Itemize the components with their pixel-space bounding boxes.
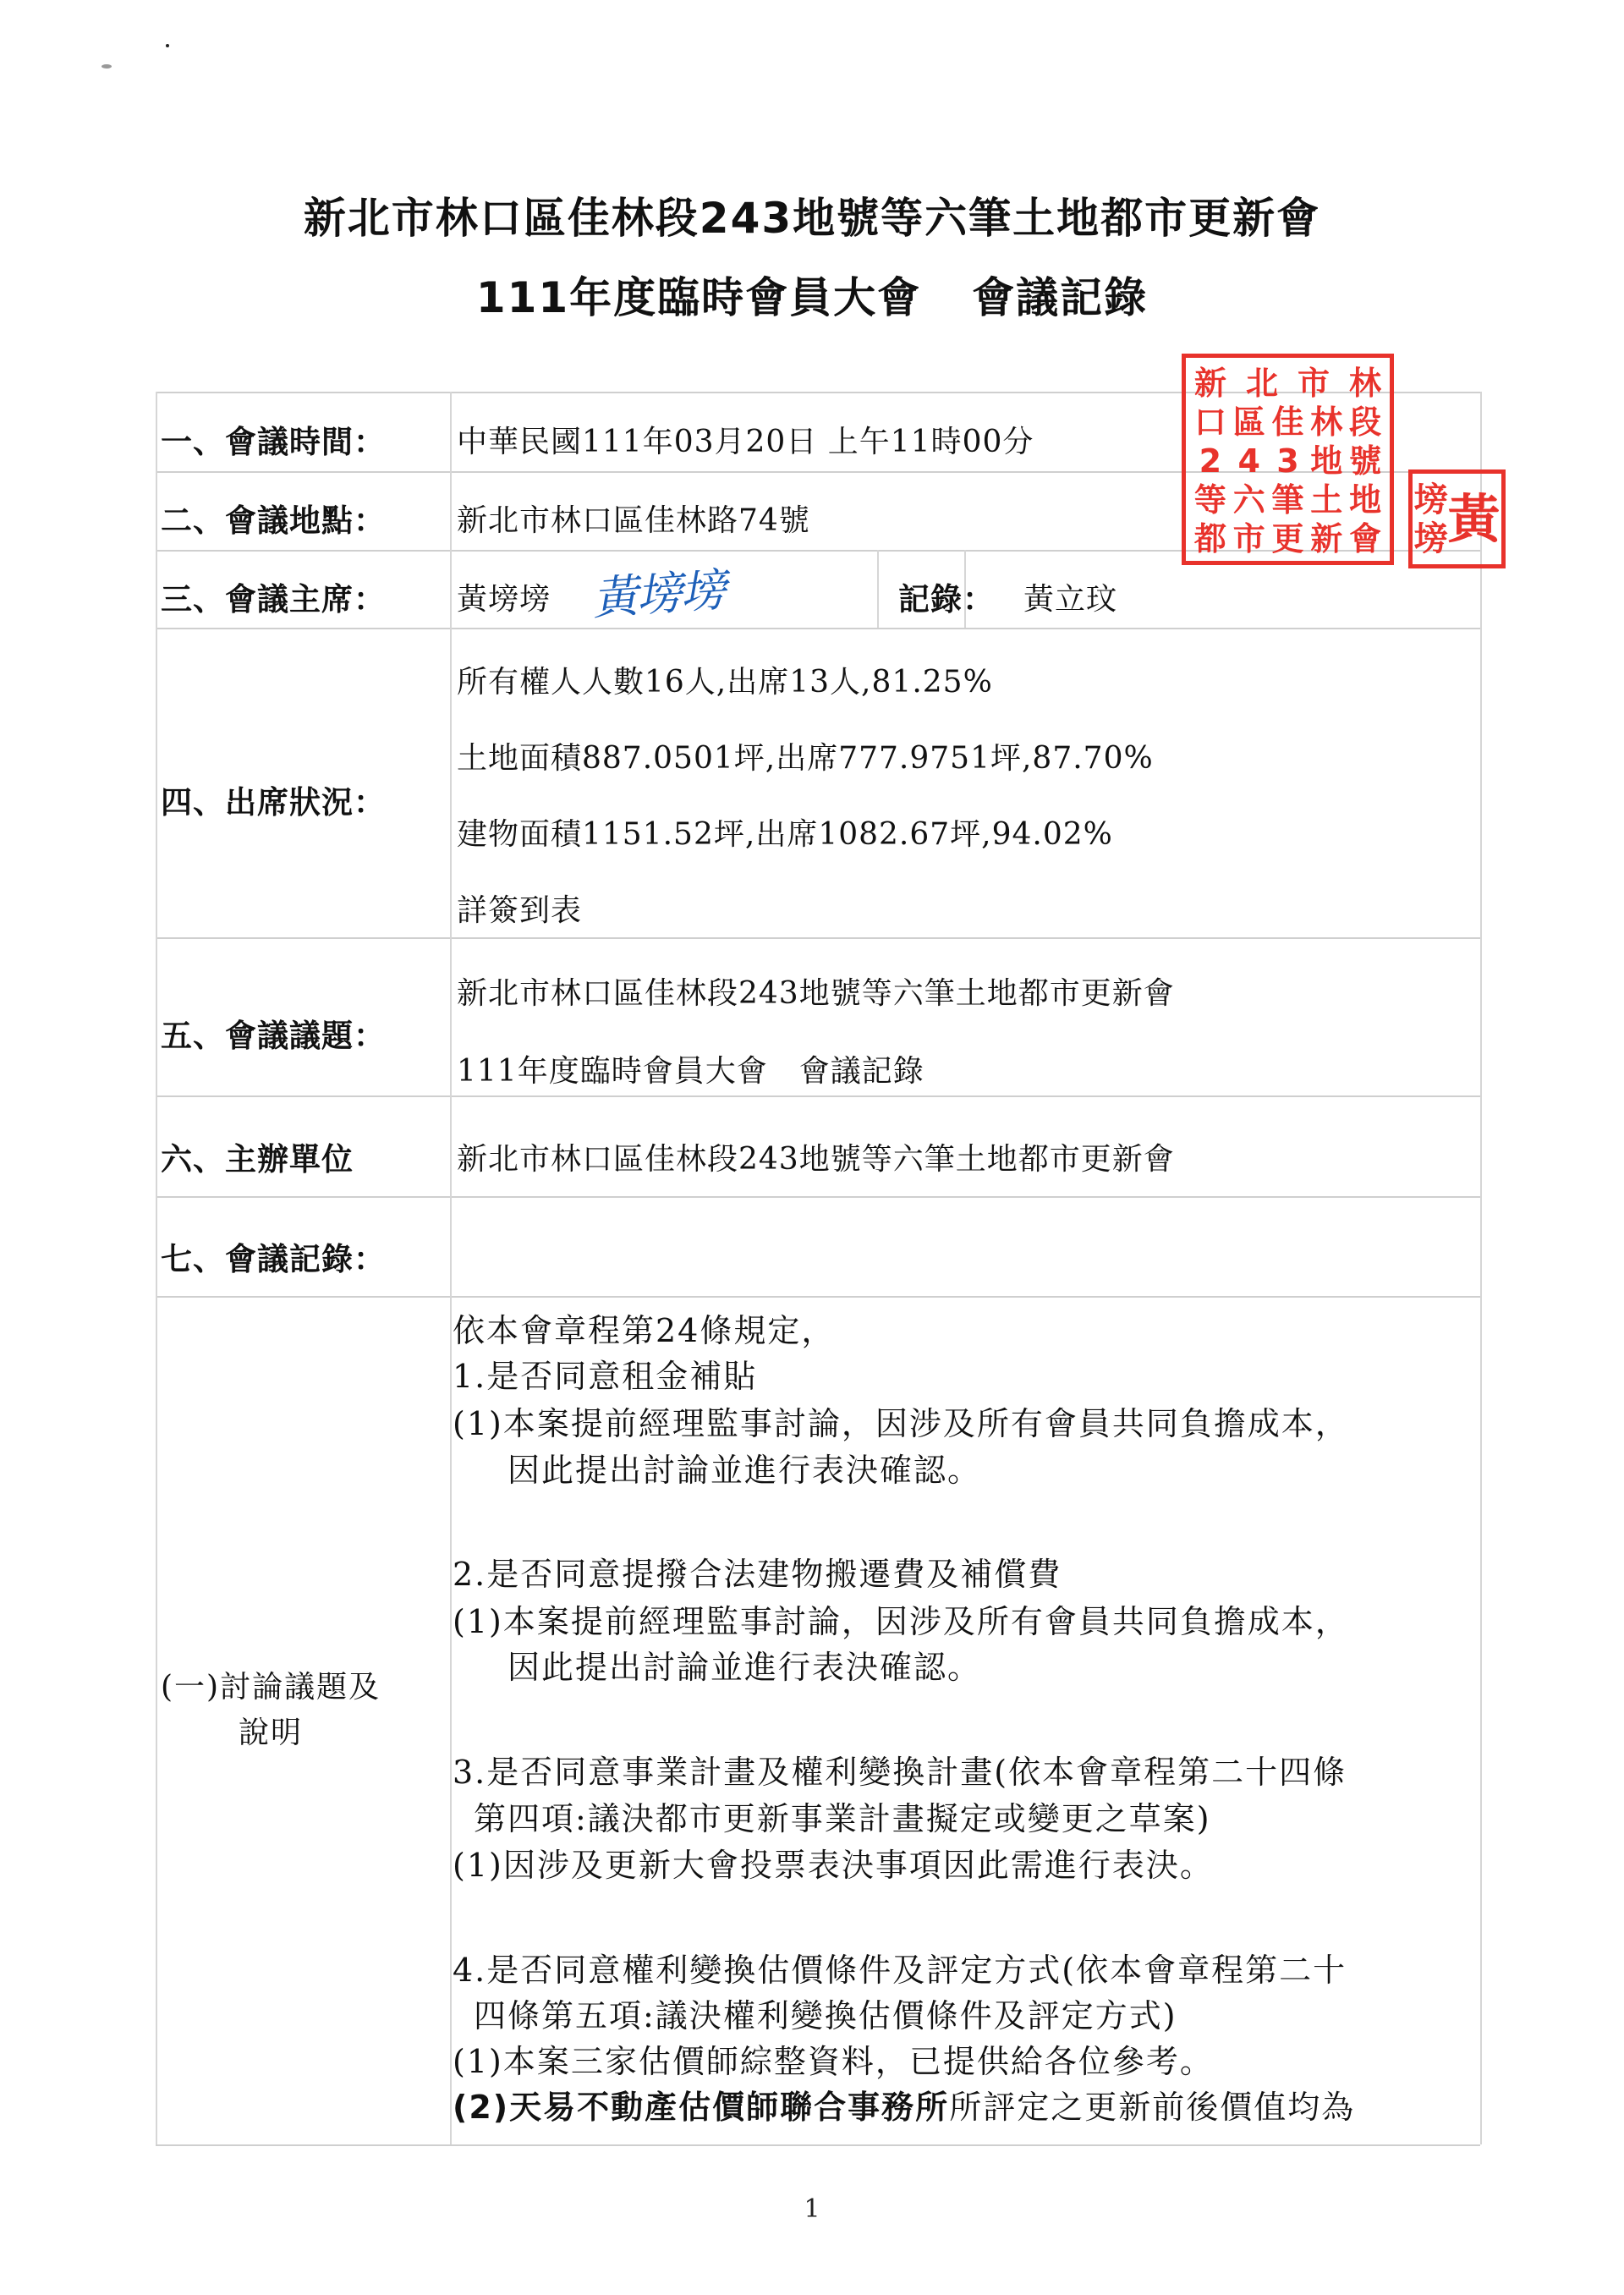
- scan-speck: [166, 44, 169, 47]
- seal-char: 六: [1230, 481, 1269, 520]
- seal-char: 地: [1307, 442, 1346, 481]
- attendance-label: 四、出席狀況：: [161, 777, 386, 822]
- attendance-signin-note: 詳簽到表: [457, 887, 582, 930]
- seal-char: 都: [1191, 520, 1230, 559]
- seal-column-left: 塝 塝: [1414, 480, 1448, 558]
- seal-row: 都 市 更 新 會: [1191, 520, 1385, 559]
- topic-label: 五、會議議題：: [161, 1010, 386, 1056]
- meeting-time-label: 一、會議時間：: [161, 416, 386, 462]
- recorder-label: 記錄：: [898, 574, 995, 619]
- discussion-label-line1: (一)討論議題及: [161, 1663, 381, 1706]
- seal-row: 口 區 佳 林 段: [1191, 404, 1385, 442]
- table-border-left: [156, 392, 157, 2144]
- table-border-right: [1480, 392, 1482, 2144]
- seal-char: 塝: [1414, 480, 1448, 519]
- row-divider: [156, 1296, 1480, 1298]
- scan-speck: [101, 64, 112, 69]
- organization-seal-stamp: 新 北 市 林 口 區 佳 林 段 2 4 3 地 號 等 六 筆 土 地 都 …: [1182, 354, 1394, 565]
- seal-char: 段: [1346, 404, 1385, 442]
- seal-char: 4: [1230, 442, 1269, 481]
- meeting-place-value: 新北市林口區佳林路74號: [457, 497, 810, 540]
- item4-note2-rest: 所評定之更新前後價值均為: [949, 2089, 1355, 2126]
- meeting-chair-label: 三、會議主席：: [161, 574, 386, 619]
- item1-note1-line1: (1)本案提前經理監事討論，因涉及所有會員共同負擔成本，: [453, 1397, 1349, 1444]
- column-divider-recorder: [877, 550, 879, 628]
- seal-char: 林: [1307, 404, 1346, 442]
- attendance-land-area: 土地面積887.0501坪,出席777.9751坪,87.70%: [457, 734, 1154, 777]
- seal-char: 北: [1243, 365, 1281, 404]
- meeting-place-label: 二、會議地點：: [161, 495, 386, 541]
- chair-personal-seal-stamp: 黃 塝 塝: [1408, 469, 1506, 568]
- item2-note1-line2: 因此提出討論並進行表決確認。: [507, 1641, 981, 1688]
- minutes-label: 七、會議記錄：: [161, 1233, 386, 1279]
- meeting-time-value: 中華民國111年03月20日 上午11時00分: [457, 418, 1034, 461]
- item2-title: 2.是否同意提撥合法建物搬遷費及補償費: [453, 1548, 1062, 1595]
- organizer-value: 新北市林口區佳林段243地號等六筆土地都市更新會: [457, 1135, 1175, 1178]
- seal-column-right: 黃: [1448, 480, 1501, 558]
- chair-signature: 黃塝塝: [590, 554, 727, 629]
- seal-char: 會: [1346, 520, 1385, 559]
- item2-note1-line1: (1)本案提前經理監事討論，因涉及所有會員共同負擔成本，: [453, 1595, 1349, 1642]
- organizer-label: 六、主辦單位: [161, 1134, 354, 1179]
- attendance-owners: 所有權人人數16人,出席13人,81.25%: [457, 658, 993, 701]
- seal-char: 口: [1191, 404, 1230, 442]
- meeting-chair-value: 黃塝塝: [457, 575, 551, 618]
- seal-char: 新: [1191, 365, 1230, 404]
- seal-char: 筆: [1269, 481, 1308, 520]
- seal-char: 土: [1307, 481, 1346, 520]
- seal-char: 佳: [1269, 404, 1308, 442]
- document-title-meeting: 111年度臨時會員大會: [476, 273, 921, 322]
- seal-char: 3: [1269, 442, 1308, 481]
- seal-char: 市: [1294, 365, 1333, 404]
- seal-char: 等: [1191, 481, 1230, 520]
- column-divider: [450, 392, 452, 2144]
- item3-title-line1: 3.是否同意事業計畫及權利變換計畫(依本會章程第二十四條: [453, 1746, 1347, 1793]
- discussion-label-line2: 說明: [239, 1709, 303, 1752]
- item4-note2: (2)天易不動產估價師聯合事務所所評定之更新前後價值均為: [453, 2081, 1355, 2128]
- topic-line2: 111年度臨時會員大會 會議記錄: [457, 1047, 924, 1090]
- topic-line1: 新北市林口區佳林段243地號等六筆土地都市更新會: [457, 969, 1175, 1013]
- seal-char: 2: [1191, 442, 1230, 481]
- item4-note1: (1)本案三家估價師綜整資料，已提供給各位參考。: [453, 2035, 1214, 2082]
- row-divider: [156, 1196, 1480, 1198]
- seal-row: 2 4 3 地 號: [1191, 442, 1385, 481]
- seal-row: 等 六 筆 土 地: [1191, 481, 1385, 520]
- seal-char: 號: [1346, 442, 1385, 481]
- row-divider: [156, 628, 1480, 629]
- item3-title-line2: 第四項:議決都市更新事業計畫擬定或變更之草案): [474, 1793, 1211, 1839]
- discussion-intro: 依本會章程第24條規定，: [453, 1304, 835, 1351]
- table-border-bottom: [156, 2144, 1480, 2146]
- appraiser-firm-name: (2)天易不動產估價師聯合事務所: [453, 2089, 949, 2126]
- recorder-value: 黃立玟: [1023, 575, 1117, 618]
- seal-char: 區: [1230, 404, 1269, 442]
- item1-title: 1.是否同意租金補貼: [453, 1350, 757, 1397]
- item3-note1: (1)因涉及更新大會投票表決事項因此需進行表決。: [453, 1839, 1214, 1886]
- document-title-line2: 111年度臨時會員大會會議記錄: [0, 264, 1624, 325]
- item1-note1-line2: 因此提出討論並進行表決確認。: [507, 1444, 981, 1491]
- seal-char: 林: [1346, 365, 1385, 404]
- document-title-minutes: 會議記錄: [972, 273, 1148, 322]
- item4-title-line1: 4.是否同意權利變換估價條件及評定方式(依本會章程第二十: [453, 1944, 1347, 1990]
- row-divider: [156, 937, 1480, 939]
- page-number: 1: [0, 2194, 1624, 2224]
- row-divider: [156, 1095, 1480, 1097]
- attendance-building-area: 建物面積1151.52坪,出席1082.67坪,94.02%: [457, 810, 1113, 854]
- item4-title-line2: 四條第五項:議決權利變換估價條件及評定方式): [474, 1990, 1177, 2036]
- seal-char: 市: [1230, 520, 1269, 559]
- seal-char: 黃: [1448, 480, 1501, 558]
- seal-char: 新: [1307, 520, 1346, 559]
- seal-row: 新 北 市 林: [1191, 365, 1385, 404]
- seal-char: 塝: [1414, 519, 1448, 558]
- seal-char: 地: [1346, 481, 1385, 520]
- seal-char: 更: [1269, 520, 1308, 559]
- document-title-line1: 新北市林口區佳林段243地號等六筆土地都市更新會: [0, 184, 1624, 245]
